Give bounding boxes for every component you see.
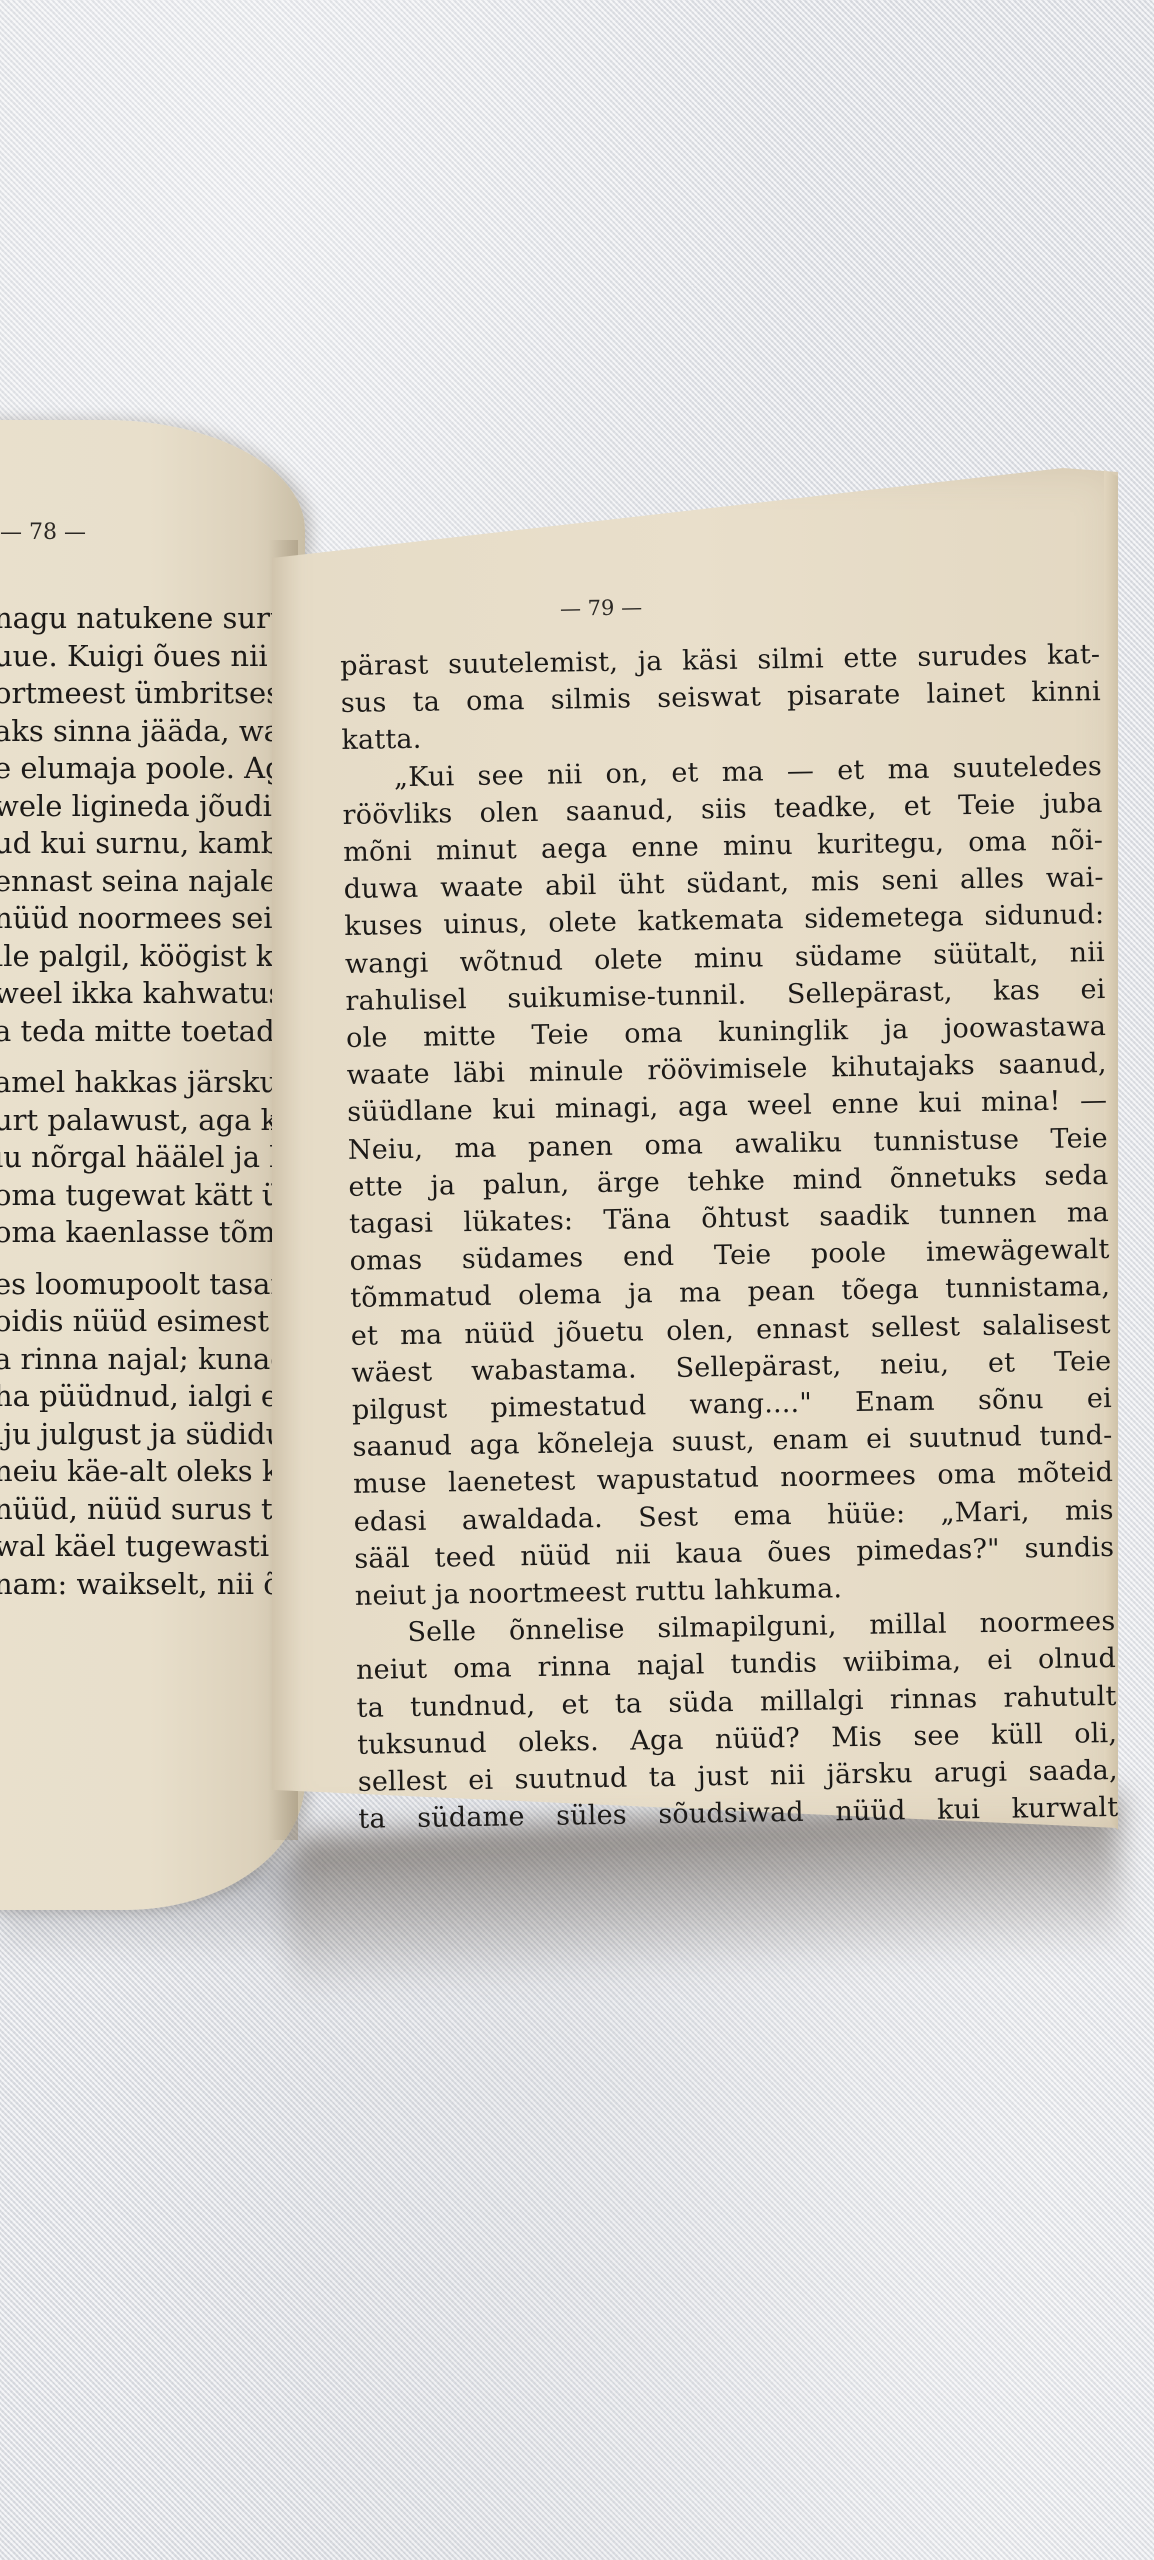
text-line: es loomupoolt tasane ja <box>0 1266 294 1304</box>
text-line: e elumaja poole. Aga <box>0 750 294 788</box>
text-line: oma kaenlasse tõmbas. <box>0 1214 294 1252</box>
text-line: nüüd, nüüd surus ta üht <box>0 1491 294 1529</box>
text-line: nagu natukene surutud <box>0 600 294 638</box>
text-line: urt palawust, aga köög <box>0 1102 294 1140</box>
text-line: wal käel tugewasti oma <box>0 1528 294 1566</box>
text-line: a teda mitte toetada ei t <box>0 1013 294 1051</box>
text-line: nüüd noormees seina <box>0 900 294 938</box>
text-line: aks sinna jääda, waid <box>0 713 294 751</box>
text-line: a rinna najal; kunagi enn <box>0 1341 294 1379</box>
text-line <box>0 1252 294 1266</box>
text-line: uue. Kuigi õues nii <box>0 638 294 676</box>
text-line: nam: waikselt, nii õrnalt, <box>0 1566 294 1601</box>
right-page-number: — 79 — <box>560 595 642 620</box>
right-page-text: pärast suutelemist, ja käsi silmi ette s… <box>340 636 1119 1838</box>
left-page-number: — 78 — <box>0 520 86 545</box>
text-line: lju julgust ja südidust t <box>0 1416 294 1454</box>
text-line: weel ikka kahwatust wõis <box>0 975 294 1013</box>
text-line: ennast seina najale t <box>0 863 294 901</box>
text-line: wele ligineda jõudis, näg <box>0 788 294 826</box>
text-line: amel hakkas järsku nii <box>0 1064 294 1102</box>
text-line: ud kui surnu, kambrist <box>0 825 294 863</box>
text-line: iu nõrgal häälel ja lepp <box>0 1139 294 1177</box>
text-line: oidis nüüd esimest korda <box>0 1303 294 1341</box>
text-line: ha püüdnud, ialgi ei oln <box>0 1378 294 1416</box>
text-line: neiu käe-alt oleks kinni <box>0 1453 294 1491</box>
text-line: ortmeest ümbritses, ei <box>0 675 294 713</box>
left-page-text: nagu natukene surutuduue. Kuigi õues nii… <box>0 600 294 1600</box>
text-line: oma tugewat kätt ümber <box>0 1177 294 1215</box>
text-line <box>0 1050 294 1064</box>
text-line: lle palgil, köögist kumam <box>0 938 294 976</box>
